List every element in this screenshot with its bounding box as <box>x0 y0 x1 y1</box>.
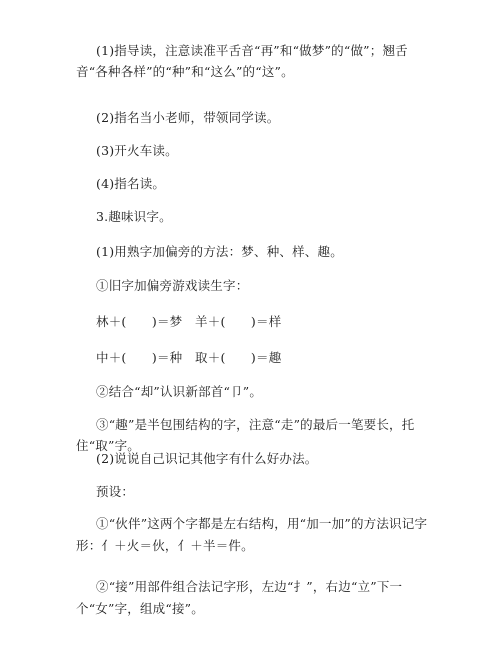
paragraph-radical-method: (1)用熟字加偏旁的方法：梦、种、样、趣。 <box>76 241 428 262</box>
document-page: (1)指导读，注意读准平舌音“再”和“做梦”的“做”；翘舌音“各种各样”的“种”… <box>0 0 500 647</box>
paragraph-little-teacher: (2)指名当小老师，带领同学读。 <box>76 107 428 128</box>
paragraph-reading-guidance: (1)指导读，注意读准平舌音“再”和“做梦”的“做”；翘舌音“各种各样”的“种”… <box>76 40 428 82</box>
paragraph-preset-label: 预设： <box>76 481 428 502</box>
exercise-line-1: 林＋( )＝梦 羊＋( )＝样 <box>76 311 428 332</box>
paragraph-huoban-example: ①“伙伴”这两个字都是左右结构，用“加一加”的方法识记字形：亻＋火＝伙，亻＋半＝… <box>76 513 428 557</box>
paragraph-train-reading: (3)开火车读。 <box>76 140 428 161</box>
paragraph-jie-example: ②“接”用部件组合法记字形，左边“扌”，右边“立”下一个“女”字，组成“接”。 <box>76 576 428 620</box>
paragraph-other-methods: (2)说说自己识记其他字有什么好办法。 <box>76 448 428 469</box>
paragraph-named-reading: (4)指名读。 <box>76 173 428 194</box>
section-heading-fun-literacy: 3.趣味识字。 <box>76 206 428 227</box>
paragraph-new-radical: ②结合“却”认识新部首“卩”。 <box>76 381 428 402</box>
exercise-line-2: 中＋( )＝种 取＋( )＝趣 <box>76 347 428 368</box>
paragraph-radical-game: ①旧字加偏旁游戏读生字： <box>76 275 428 296</box>
